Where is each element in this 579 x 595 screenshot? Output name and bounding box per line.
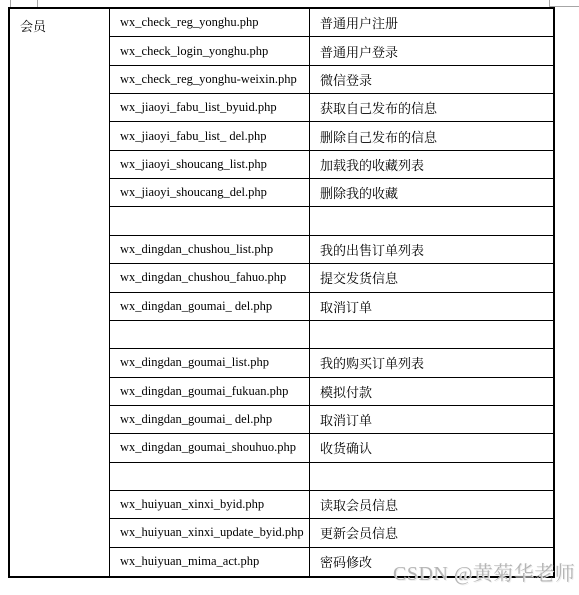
api-file-cell: wx_huiyuan_mima_act.php [110, 548, 310, 576]
api-desc-cell [310, 321, 553, 349]
api-desc-cell: 模拟付款 [310, 378, 553, 406]
api-file-cell: wx_check_reg_yonghu.php [110, 9, 310, 37]
api-desc-cell: 取消订单 [310, 406, 553, 434]
api-desc-cell: 取消订单 [310, 293, 553, 321]
api-file-cell: wx_check_login_yonghu.php [110, 37, 310, 65]
api-file-cell [110, 463, 310, 491]
api-file-cell: wx_jiaoyi_shoucang_list.php [110, 151, 310, 179]
csdn-watermark: CSDN @黄菊华老师 [393, 557, 575, 586]
api-desc-cell: 删除我的收藏 [310, 179, 553, 207]
api-file-cell: wx_check_reg_yonghu-weixin.php [110, 66, 310, 94]
api-desc-cell [310, 207, 553, 235]
api-desc-cell: 我的购买订单列表 [310, 349, 553, 377]
api-desc-cell [310, 463, 553, 491]
api-desc-cell: 读取会员信息 [310, 491, 553, 519]
api-desc-cell: 提交发货信息 [310, 264, 553, 292]
api-desc-cell: 加载我的收藏列表 [310, 151, 553, 179]
api-desc-cell: 我的出售订单列表 [310, 236, 553, 264]
api-file-cell: wx_dingdan_goumai_ del.php [110, 406, 310, 434]
api-file-cell: wx_dingdan_goumai_shouhuo.php [110, 434, 310, 462]
api-desc-cell: 获取自己发布的信息 [310, 94, 553, 122]
api-file-cell: wx_huiyuan_xinxi_update_byid.php [110, 519, 310, 547]
api-table: 会员 wx_check_reg_yonghu.php 普通用户注册 wx_che… [8, 7, 555, 578]
api-file-cell: wx_jiaoyi_shoucang_del.php [110, 179, 310, 207]
api-file-cell: wx_dingdan_goumai_fukuan.php [110, 378, 310, 406]
api-file-cell: wx_jiaoyi_fabu_list_byuid.php [110, 94, 310, 122]
api-desc-cell: 删除自己发布的信息 [310, 122, 553, 150]
api-file-cell [110, 321, 310, 349]
api-file-cell: wx_dingdan_goumai_ del.php [110, 293, 310, 321]
api-file-cell: wx_jiaoyi_fabu_list_ del.php [110, 122, 310, 150]
api-file-cell [110, 207, 310, 235]
table-group-cell: 会员 [10, 9, 110, 576]
api-desc-cell: 微信登录 [310, 66, 553, 94]
group-label: 会员 [20, 19, 46, 34]
api-file-cell: wx_dingdan_chushou_list.php [110, 236, 310, 264]
api-file-cell: wx_dingdan_goumai_list.php [110, 349, 310, 377]
api-desc-cell: 普通用户登录 [310, 37, 553, 65]
api-desc-cell: 普通用户注册 [310, 9, 553, 37]
api-file-cell: wx_huiyuan_xinxi_byid.php [110, 491, 310, 519]
api-file-cell: wx_dingdan_chushou_fahuo.php [110, 264, 310, 292]
api-desc-cell: 更新会员信息 [310, 519, 553, 547]
table-fragment-top-right [549, 0, 579, 7]
api-desc-cell: 收货确认 [310, 434, 553, 462]
document-page: 会员 wx_check_reg_yonghu.php 普通用户注册 wx_che… [0, 0, 579, 595]
